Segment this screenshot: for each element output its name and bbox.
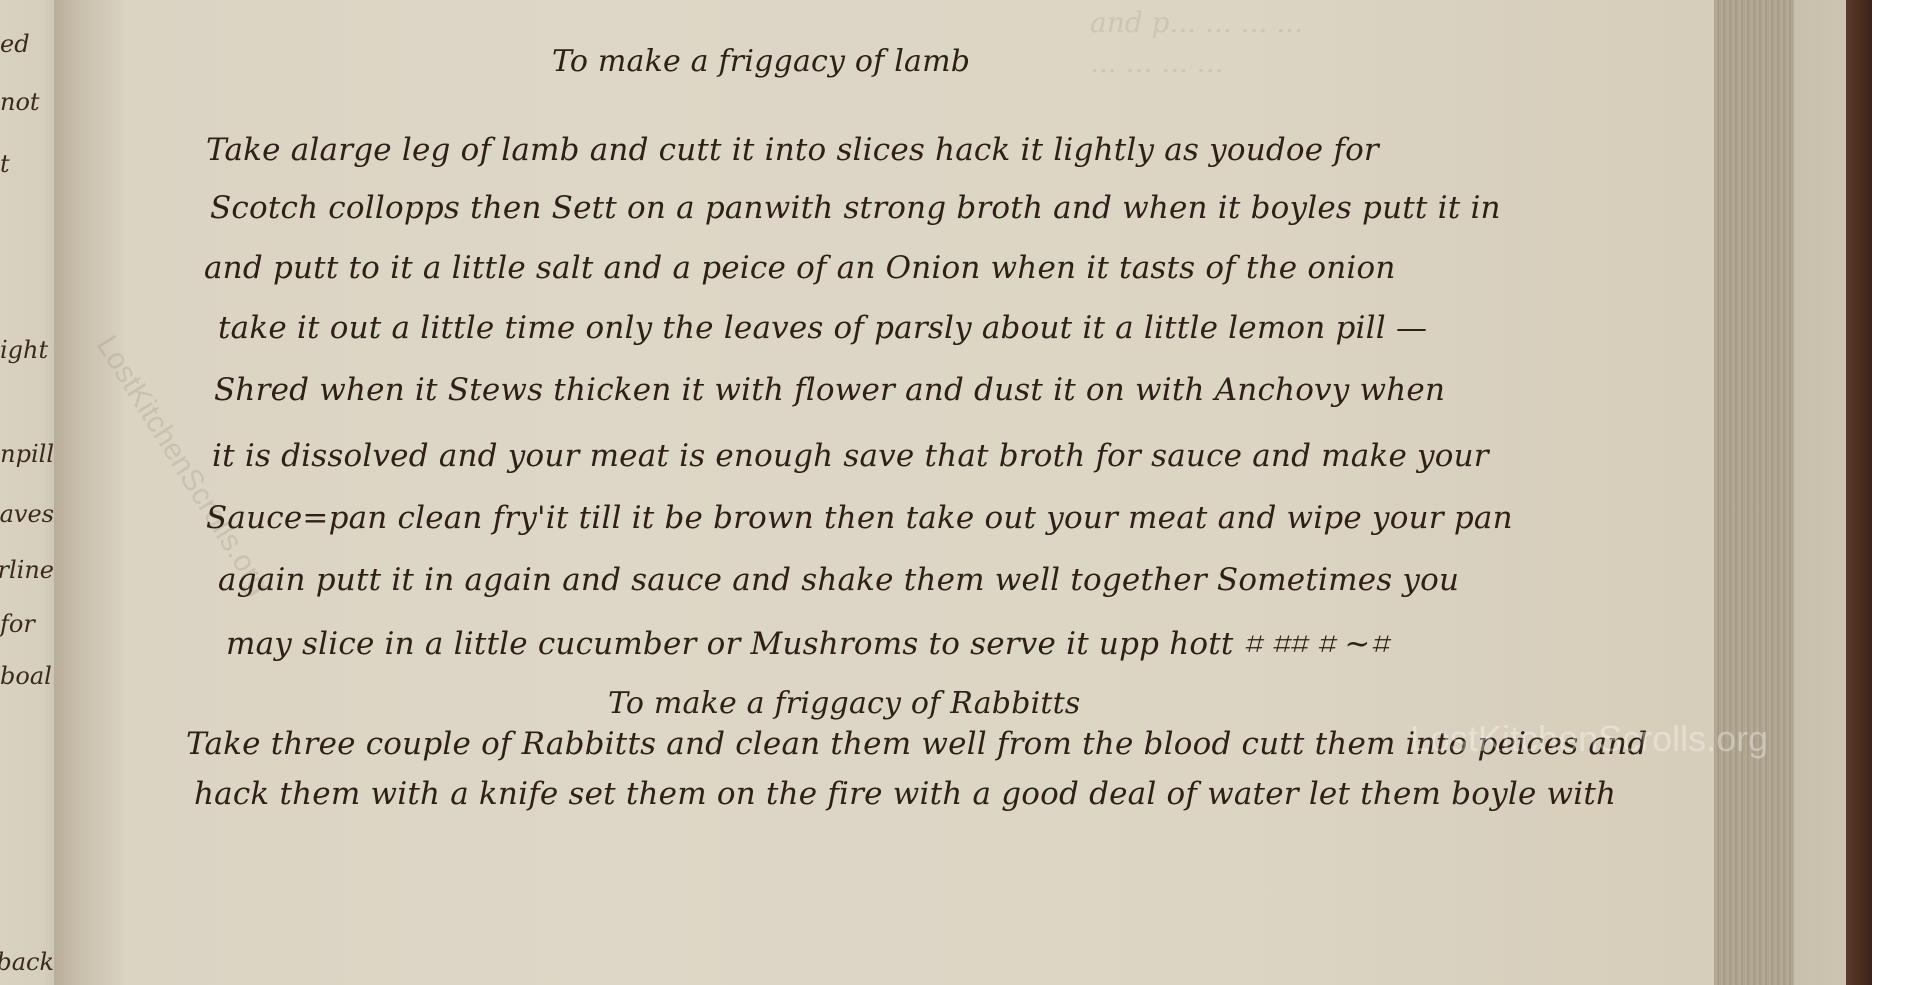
margin-fragment: rline — [0, 556, 54, 584]
manuscript-photo: ed not t ight ionpill leaves rline for b… — [0, 0, 1920, 985]
margin-fragment: leaves — [0, 500, 54, 528]
margin-fragment: back — [0, 948, 54, 976]
margin-fragment: ionpill — [0, 440, 54, 468]
leather-cover-edge — [1846, 0, 1872, 985]
recipe-line: take it out a little time only the leave… — [218, 310, 1427, 346]
recipe-line: Scotch collopps then Sett on a panwith s… — [210, 190, 1501, 226]
recipe-line: hack them with a knife set them on the f… — [194, 776, 1616, 812]
recipe-line: may slice in a little cucumber or Mushro… — [226, 626, 1388, 663]
recipe-line: and putt to it a little salt and a peice… — [204, 250, 1396, 286]
show-through-text: and p... ... ... ... — [1090, 6, 1303, 39]
recipe-title: To make a friggacy of lamb — [552, 44, 970, 79]
recipe-title: To make a friggacy of Rabbitts — [608, 686, 1081, 721]
recipe-line: again putt it in again and sauce and sha… — [218, 562, 1459, 598]
recipe-line: Take alarge leg of lamb and cutt it into… — [206, 132, 1379, 168]
site-watermark: LostKitchenScrolls.org — [1410, 718, 1768, 760]
recipe-line: Shred when it Stews thicken it with flow… — [214, 372, 1445, 408]
margin-fragment: for — [0, 610, 54, 638]
book-gutter — [54, 0, 124, 985]
facing-page-strip: ed not t ight ionpill leaves rline for b… — [0, 0, 54, 985]
margin-fragment: ed — [0, 30, 54, 58]
margin-fragment: t — [0, 150, 54, 178]
recipe-line: it is dissolved and your meat is enough … — [212, 438, 1489, 474]
page-edge-stack — [1714, 0, 1794, 985]
page-margin-fold — [1794, 0, 1846, 985]
margin-fragment: boal — [0, 662, 54, 690]
margin-fragment: ight — [0, 336, 54, 364]
background — [1872, 0, 1920, 985]
show-through-text: ... ... ... ... — [1090, 46, 1224, 79]
margin-fragment: not — [0, 88, 54, 116]
recipe-line: Sauce=pan clean fry'it till it be brown … — [206, 500, 1513, 536]
